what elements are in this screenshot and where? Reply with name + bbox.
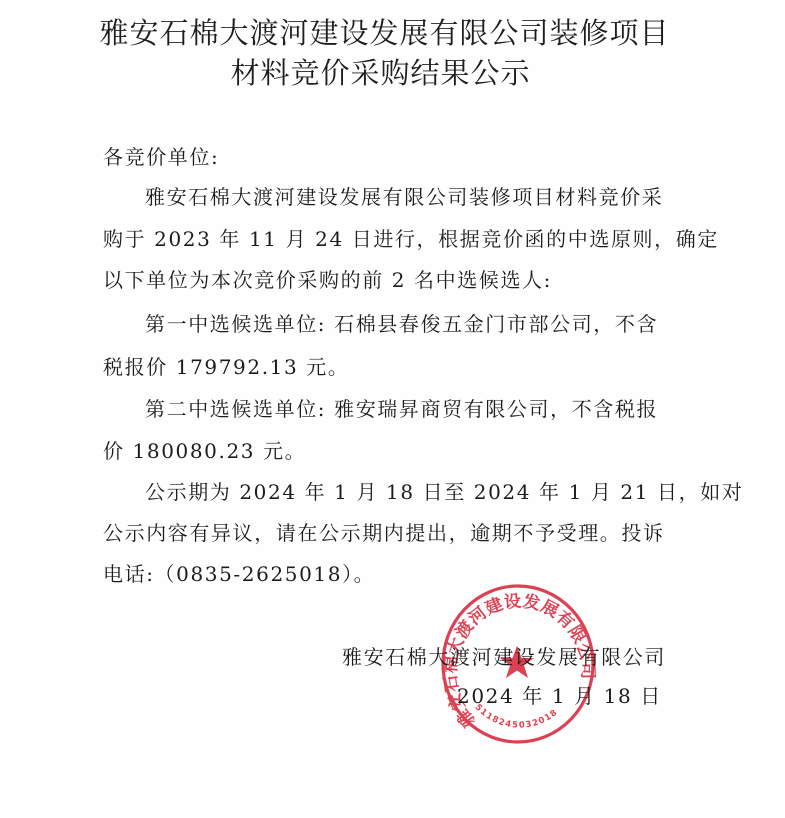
title-line-2: 材料竞价采购结果公示 bbox=[0, 55, 773, 91]
candidate-1-line-1: 第一中选候选单位: 石棉县春俊五金门市部公司，不含 bbox=[145, 311, 658, 337]
title-line-1: 雅安石棉大渡河建设发展有限公司装修项目 bbox=[0, 15, 777, 51]
complaint-phone-line: 电话:（0835-2625018）。 bbox=[103, 561, 375, 587]
paragraph-1-line-1: 雅安石棉大渡河建设发展有限公司装修项目材料竞价采 bbox=[145, 184, 663, 210]
paragraph-1-line-2: 购于 2023 年 11 月 24 日进行，根据竞价函的中选原则，确定 bbox=[103, 226, 719, 252]
signature-company: 雅安石棉大渡河建设发展有限公司 bbox=[342, 644, 666, 670]
salutation: 各竞价单位: bbox=[103, 144, 219, 170]
document-page: 雅安石棉大渡河建设发展有限公司装修项目 材料竞价采购结果公示 各竞价单位: 雅安… bbox=[0, 0, 785, 818]
candidate-2-line-2: 价 180080.23 元。 bbox=[103, 438, 306, 464]
paragraph-1-line-3: 以下单位为本次竞价采购的前 2 名中选候选人: bbox=[103, 267, 552, 293]
signature-date: 2024 年 1 月 18 日 bbox=[457, 683, 662, 709]
candidate-1-line-2: 税报价 179792.13 元。 bbox=[103, 354, 349, 380]
publicity-line-2: 公示内容有异议，请在公示期内提出，逾期不予受理。投诉 bbox=[103, 520, 665, 546]
publicity-line-1: 公示期为 2024 年 1 月 18 日至 2024 年 1 月 21 日，如对 bbox=[145, 479, 743, 505]
candidate-2-line-1: 第二中选候选单位: 雅安瑞昇商贸有限公司，不含税报 bbox=[145, 396, 658, 422]
